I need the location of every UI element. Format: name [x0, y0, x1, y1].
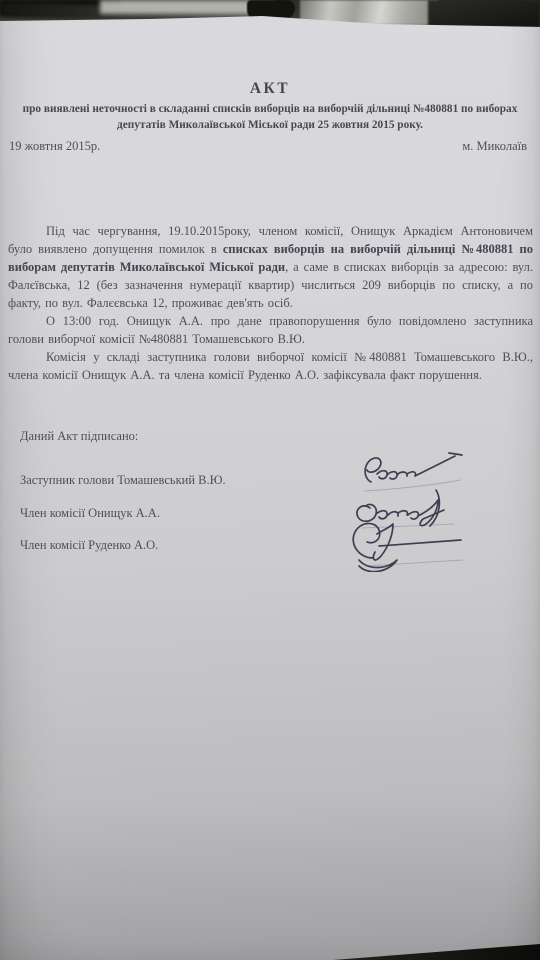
date-row: 19 жовтня 2015р. м. Миколаїв — [9, 139, 527, 154]
document-paper: АКТ про виявлені неточності в складанні … — [0, 0, 540, 960]
signatory-label-tomashevskyi: Заступник голови Томашевський В.Ю. — [20, 473, 226, 488]
document-date: 19 жовтня 2015р. — [9, 139, 100, 154]
body-paragraph-1: Під час чергування, 19.10.2015року, член… — [8, 222, 533, 312]
signed-intro: Даний Акт підписано: — [20, 429, 138, 444]
document-subtitle: про виявлені неточності в складанні спис… — [12, 102, 528, 133]
photo-of-document: АКТ про виявлені неточності в складанні … — [0, 0, 540, 960]
signatory-label-onyshchuk: Член комісії Онищук А.А. — [20, 506, 160, 521]
background-dark-object-right — [428, 0, 540, 27]
document-content: АКТ про виявлені неточності в складанні … — [0, 0, 540, 960]
signature-rudenko — [345, 514, 470, 572]
body-paragraph-2: О 13:00 год. Онищук А.А. про дане правоп… — [8, 312, 533, 348]
document-title: АКТ — [12, 80, 528, 98]
body-paragraph-3: Комісія у складі заступника голови вибор… — [8, 348, 533, 384]
document-body: Під час чергування, 19.10.2015року, член… — [8, 222, 533, 384]
signatory-label-rudenko: Член комісії Руденко А.О. — [20, 538, 158, 553]
document-header: АКТ про виявлені неточності в складанні … — [12, 80, 528, 133]
document-place: м. Миколаїв — [462, 139, 527, 154]
